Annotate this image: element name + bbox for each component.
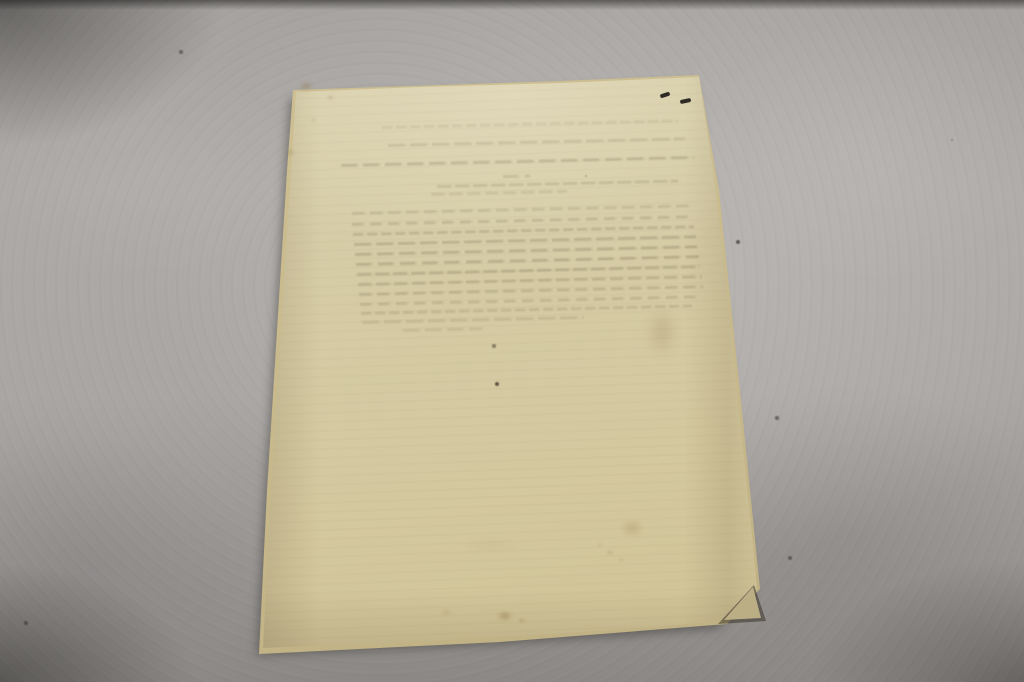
- stain: [598, 543, 602, 547]
- paper-speck: [495, 382, 500, 387]
- stain: [299, 81, 313, 91]
- stain: [645, 306, 679, 358]
- surface-speck: [775, 416, 778, 419]
- stain: [621, 519, 643, 537]
- stain: [607, 550, 613, 555]
- stain: [441, 609, 451, 616]
- stain: [311, 118, 316, 122]
- paper-speck: [585, 175, 588, 178]
- stain: [460, 538, 520, 552]
- surface-speck: [951, 139, 954, 142]
- photo-background: [0, 0, 1024, 682]
- stain: [286, 149, 295, 156]
- stain: [518, 618, 525, 623]
- paper-speck: [492, 344, 495, 347]
- stain: [619, 558, 624, 562]
- marks-layer: [0, 0, 1024, 682]
- staple-mark: [680, 98, 692, 104]
- surface-speck: [179, 50, 182, 53]
- stain: [497, 611, 513, 621]
- stain: [327, 95, 334, 100]
- staple-mark: [660, 92, 671, 99]
- surface-speck: [788, 556, 792, 560]
- surface-speck: [736, 240, 740, 244]
- surface-speck: [24, 621, 28, 625]
